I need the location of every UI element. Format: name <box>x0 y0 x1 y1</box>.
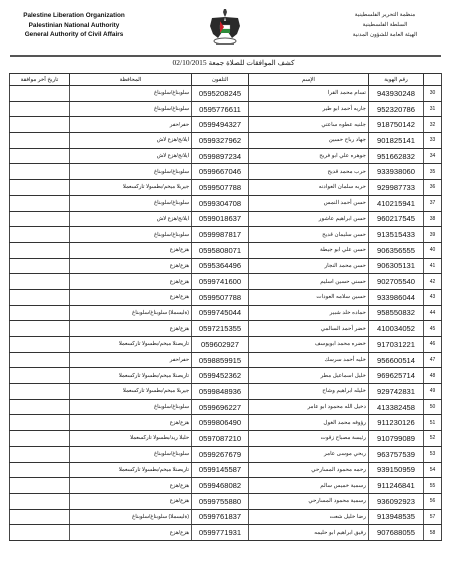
cell-name: رضا خليل شعت <box>249 509 369 525</box>
cell-id-number: 902705540 <box>369 274 424 290</box>
cell-id-number: 933986044 <box>369 289 424 305</box>
cell-id-number: 929987733 <box>369 180 424 196</box>
cell-id-number: 969625714 <box>369 368 424 384</box>
cell-last-approval-date <box>10 258 70 274</box>
cell-phone: 0599507788 <box>192 180 249 196</box>
cell-last-approval-date <box>10 337 70 353</box>
cell-governorate: ايلانج/هزع لاش <box>70 148 192 164</box>
table-row: (ةليسملا) سلوبناغ/سلوبناغ0599761837رضا خ… <box>10 509 442 525</box>
cell-phone: 0599771931 <box>192 525 249 541</box>
table-row: هزع/هزع0597215355خضر أحمد السالمي4100340… <box>10 321 442 337</box>
cell-name: رئيسة مصباح زقوت <box>249 431 369 447</box>
cell-id-number: 960217545 <box>369 211 424 227</box>
cell-last-approval-date <box>10 431 70 447</box>
cell-name: رفيق ابراهيم ابو حليمه <box>249 525 369 541</box>
cell-name: حرب محمد قديح <box>249 164 369 180</box>
cell-last-approval-date <box>10 305 70 321</box>
cell-name: خضره محمد ابويوسف <box>249 337 369 353</box>
cell-name: جاريه أحمد ابو طير <box>249 101 369 117</box>
cell-last-approval-date <box>10 274 70 290</box>
cell-phone: 059602927 <box>192 337 249 353</box>
cell-serial: 49 <box>424 384 442 400</box>
cell-phone: 0595776611 <box>192 101 249 117</box>
cell-last-approval-date <box>10 164 70 180</box>
cell-serial: 57 <box>424 509 442 525</box>
cell-serial: 37 <box>424 195 442 211</box>
cell-last-approval-date <box>10 289 70 305</box>
cell-name: رؤوفه محمد الغول <box>249 415 369 431</box>
table-row: سلوبناغ/سلوبناغ0599987817حسن سليمان قديح… <box>10 227 442 243</box>
header-english: Palestine Liberation Organization Palest… <box>14 11 134 40</box>
table-row: هزع/هزع0599806490رؤوفه محمد الغول9112301… <box>10 415 442 431</box>
cell-phone: 0597215355 <box>192 321 249 337</box>
cell-last-approval-date <box>10 180 70 196</box>
table-row: حفر/حفر0598859915خليه أحمد سرسك956600514… <box>10 352 442 368</box>
cell-id-number: 913515433 <box>369 227 424 243</box>
table-row: سلوبناغ/سلوبناغ0595776611جاريه أحمد ابو … <box>10 101 442 117</box>
cell-phone: 0599897234 <box>192 148 249 164</box>
cell-phone: 0599494327 <box>192 117 249 133</box>
cell-phone: 0595364496 <box>192 258 249 274</box>
table-row: تاريصنلا ميخم/بطسولا تاركسعملا0599145587… <box>10 462 442 478</box>
table-row: سلوبناغ/سلوبناغ0599304708حسن أحمد النمس4… <box>10 195 442 211</box>
cell-name: حسني حسين اسليم <box>249 274 369 290</box>
cell-id-number: 410215941 <box>369 195 424 211</box>
cell-id-number: 958550832 <box>369 305 424 321</box>
cell-governorate: حلبلا ريد/بطسولا تاركسعملا <box>70 431 192 447</box>
cell-phone: 0599468082 <box>192 478 249 494</box>
table-row: هزع/هزع0599507788حسين سلامه العودات93398… <box>10 289 442 305</box>
cell-phone: 0599267679 <box>192 446 249 462</box>
cell-name: جلنيه عطوه ساعتي <box>249 117 369 133</box>
cell-last-approval-date <box>10 117 70 133</box>
table-row: تاريصنلا ميخم/بطسولا تاركسعملا0599452362… <box>10 368 442 384</box>
cell-serial: 50 <box>424 399 442 415</box>
cell-name: تسام محمد القرا <box>249 86 369 102</box>
cell-id-number: 901825141 <box>369 133 424 149</box>
cell-governorate: هزع/هزع <box>70 242 192 258</box>
cell-governorate: سلوبناغ/سلوبناغ <box>70 227 192 243</box>
header-en-line-1: Palestine Liberation Organization <box>14 11 134 21</box>
table-row: هزع/هزع0599468082رسمية خميس سالم91124684… <box>10 478 442 494</box>
page-title: 02/10/2015 كشف الموافقات للصلاة جمعة <box>0 58 463 67</box>
cell-id-number: 917031221 <box>369 337 424 353</box>
cell-last-approval-date <box>10 242 70 258</box>
table-row: هزع/هزع0599771931رفيق ابراهيم ابو حليمه9… <box>10 525 442 541</box>
cell-last-approval-date <box>10 195 70 211</box>
approvals-table: تاريخ آخر موافقة المحافظة التلفون الإسم … <box>9 73 442 541</box>
cell-governorate: تاريصنلا ميخم/بطسولا تاركسعملا <box>70 462 192 478</box>
cell-name: رحمه محمود المسارحي <box>249 462 369 478</box>
cell-name: حسن محمد النجار <box>249 258 369 274</box>
cell-serial: 56 <box>424 493 442 509</box>
cell-phone: 0599806490 <box>192 415 249 431</box>
cell-governorate: جيربلا ميخم/بطسولا تاركسعملا <box>70 384 192 400</box>
table-row: ايلانج/هزع لاش0599897234جوهره علي ابو فر… <box>10 148 442 164</box>
table-row: سلوبناغ/سلوبناغ0595208245تسام محمد القرا… <box>10 86 442 102</box>
cell-last-approval-date <box>10 462 70 478</box>
cell-name: حسن سليمان قديح <box>249 227 369 243</box>
cell-last-approval-date <box>10 211 70 227</box>
cell-governorate: حفر/حفر <box>70 352 192 368</box>
table-row: سلوبناغ/سلوبناغ0599696227دخيل الله محمود… <box>10 399 442 415</box>
cell-serial: 32 <box>424 117 442 133</box>
header-divider <box>10 55 441 57</box>
cell-id-number: 943930248 <box>369 86 424 102</box>
column-header-governorate: المحافظة <box>70 74 192 86</box>
cell-serial: 40 <box>424 242 442 258</box>
table-row: حلبلا ريد/بطسولا تاركسعملا0597087210رئيس… <box>10 431 442 447</box>
cell-id-number: 951662832 <box>369 148 424 164</box>
cell-id-number: 906305131 <box>369 258 424 274</box>
cell-id-number: 410034052 <box>369 321 424 337</box>
cell-phone: 0599507788 <box>192 289 249 305</box>
cell-phone: 0599304708 <box>192 195 249 211</box>
cell-governorate: تاريصنلا ميخم/بطسولا تاركسعملا <box>70 368 192 384</box>
cell-phone: 0599145587 <box>192 462 249 478</box>
header-ar-line-3: الهيئة العامة للشؤون المدنية <box>340 30 430 40</box>
cell-name: خليل اسماعيل مطر <box>249 368 369 384</box>
cell-governorate: سلوبناغ/سلوبناغ <box>70 446 192 462</box>
cell-governorate: هزع/هزع <box>70 289 192 305</box>
cell-governorate: سلوبناغ/سلوبناغ <box>70 399 192 415</box>
cell-serial: 58 <box>424 525 442 541</box>
cell-last-approval-date <box>10 148 70 164</box>
cell-phone: 0598859915 <box>192 352 249 368</box>
cell-phone: 0595808071 <box>192 242 249 258</box>
cell-serial: 43 <box>424 289 442 305</box>
cell-governorate: سلوبناغ/سلوبناغ <box>70 164 192 180</box>
cell-phone: 0595208245 <box>192 86 249 102</box>
cell-last-approval-date <box>10 86 70 102</box>
cell-name: جوهره علي ابو فريح <box>249 148 369 164</box>
cell-id-number: 963757539 <box>369 446 424 462</box>
cell-phone: 0597087210 <box>192 431 249 447</box>
cell-id-number: 911230126 <box>369 415 424 431</box>
cell-serial: 38 <box>424 211 442 227</box>
cell-governorate: هزع/هزع <box>70 478 192 494</box>
cell-serial: 47 <box>424 352 442 368</box>
table-row: هزع/هزع0599741600حسني حسين اسليم90270554… <box>10 274 442 290</box>
cell-serial: 30 <box>424 86 442 102</box>
cell-phone: 0599755880 <box>192 493 249 509</box>
cell-serial: 44 <box>424 305 442 321</box>
cell-last-approval-date <box>10 227 70 243</box>
cell-serial: 34 <box>424 148 442 164</box>
cell-last-approval-date <box>10 415 70 431</box>
table-row: جيربلا ميخم/بطسولا تاركسعملا0599507788حر… <box>10 180 442 196</box>
cell-governorate: هزع/هزع <box>70 321 192 337</box>
table-row: هزع/هزع0595364496حسن محمد النجار90630513… <box>10 258 442 274</box>
cell-id-number: 952320786 <box>369 101 424 117</box>
column-header-last-approval-date: تاريخ آخر موافقة <box>10 74 70 86</box>
cell-name: خضر أحمد السالمي <box>249 321 369 337</box>
cell-serial: 31 <box>424 101 442 117</box>
cell-serial: 48 <box>424 368 442 384</box>
cell-phone: 0599696227 <box>192 399 249 415</box>
cell-serial: 53 <box>424 446 442 462</box>
table-row: ايلانج/هزع لاش0599018637حسن ابراهيم عاشو… <box>10 211 442 227</box>
cell-governorate: هزع/هزع <box>70 525 192 541</box>
cell-governorate: حفر/حفر <box>70 117 192 133</box>
cell-phone: 0599745044 <box>192 305 249 321</box>
cell-name: حماده خلد شبير <box>249 305 369 321</box>
cell-governorate: (ةليسملا) سلوبناغ/سلوبناغ <box>70 509 192 525</box>
table-row: سلوبناغ/سلوبناغ0599667046حرب محمد قديح93… <box>10 164 442 180</box>
cell-phone: 0599848936 <box>192 384 249 400</box>
cell-name: خليله ابراهيم وشاح <box>249 384 369 400</box>
cell-governorate: سلوبناغ/سلوبناغ <box>70 101 192 117</box>
cell-governorate: هزع/هزع <box>70 493 192 509</box>
cell-last-approval-date <box>10 384 70 400</box>
title-text: كشف الموافقات للصلاة جمعة <box>209 60 295 67</box>
cell-last-approval-date <box>10 368 70 384</box>
header-en-line-3: General Authority of Civil Affairs <box>14 30 134 40</box>
cell-name: حسن أحمد النمس <box>249 195 369 211</box>
cell-serial: 35 <box>424 164 442 180</box>
cell-serial: 54 <box>424 462 442 478</box>
cell-name: رسمية خميس سالم <box>249 478 369 494</box>
table-row: سلوبناغ/سلوبناغ0599267679ربحي موسى عامر9… <box>10 446 442 462</box>
cell-name: جهاد رباح حسين <box>249 133 369 149</box>
cell-serial: 36 <box>424 180 442 196</box>
cell-last-approval-date <box>10 399 70 415</box>
cell-id-number: 413382458 <box>369 399 424 415</box>
cell-serial: 46 <box>424 337 442 353</box>
cell-name: رسمية محمود المسارحي <box>249 493 369 509</box>
cell-serial: 42 <box>424 274 442 290</box>
cell-serial: 39 <box>424 227 442 243</box>
cell-id-number: 933938060 <box>369 164 424 180</box>
cell-id-number: 913948535 <box>369 509 424 525</box>
cell-governorate: ايلانج/هزع لاش <box>70 211 192 227</box>
column-header-serial <box>424 74 442 86</box>
cell-name: خليه أحمد سرسك <box>249 352 369 368</box>
cell-last-approval-date <box>10 101 70 117</box>
cell-governorate: هزع/هزع <box>70 274 192 290</box>
cell-serial: 41 <box>424 258 442 274</box>
cell-governorate: هزع/هزع <box>70 258 192 274</box>
cell-governorate: سلوبناغ/سلوبناغ <box>70 86 192 102</box>
header-ar-line-1: منظمة التحرير الفلسطينية <box>340 10 430 20</box>
cell-governorate: تاريصنلا ميخم/بطسولا تاركسعملا <box>70 337 192 353</box>
table-header-row: تاريخ آخر موافقة المحافظة التلفون الإسم … <box>10 74 442 86</box>
cell-name: ربحي موسى عامر <box>249 446 369 462</box>
cell-phone: 0599741600 <box>192 274 249 290</box>
cell-serial: 52 <box>424 431 442 447</box>
palestinian-emblem-icon <box>209 8 241 48</box>
cell-phone: 0599667046 <box>192 164 249 180</box>
table-row: هزع/هزع0599755880رسمية محمود المسارحي936… <box>10 493 442 509</box>
cell-name: حسين سلامه العودات <box>249 289 369 305</box>
cell-id-number: 956600514 <box>369 352 424 368</box>
table-row: تاريصنلا ميخم/بطسولا تاركسعملا059602927خ… <box>10 337 442 353</box>
cell-serial: 45 <box>424 321 442 337</box>
cell-serial: 55 <box>424 478 442 494</box>
cell-last-approval-date <box>10 446 70 462</box>
cell-id-number: 918750142 <box>369 117 424 133</box>
cell-phone: 0599327962 <box>192 133 249 149</box>
header-ar-line-2: السلطة الفلسطينية <box>340 20 430 30</box>
cell-last-approval-date <box>10 525 70 541</box>
table-row: (ةليسملا) سلوبناغ/سلوبناغ0599745044حماده… <box>10 305 442 321</box>
cell-id-number: 939150959 <box>369 462 424 478</box>
cell-name: حسن علي ابو جيطة <box>249 242 369 258</box>
table-body: سلوبناغ/سلوبناغ0595208245تسام محمد القرا… <box>10 86 442 541</box>
cell-id-number: 911246841 <box>369 478 424 494</box>
title-date: 02/10/2015 <box>173 58 207 67</box>
column-header-name: الإسم <box>249 74 369 86</box>
cell-governorate: هزع/هزع <box>70 415 192 431</box>
cell-governorate: سلوبناغ/سلوبناغ <box>70 195 192 211</box>
header-arabic: منظمة التحرير الفلسطينية السلطة الفلسطين… <box>340 10 430 40</box>
cell-last-approval-date <box>10 493 70 509</box>
cell-last-approval-date <box>10 133 70 149</box>
cell-id-number: 929742831 <box>369 384 424 400</box>
cell-id-number: 910799089 <box>369 431 424 447</box>
cell-governorate: ايلانج/هزع لاش <box>70 133 192 149</box>
cell-name: دخيل الله محمود ابو عامر <box>249 399 369 415</box>
cell-serial: 33 <box>424 133 442 149</box>
column-header-id-number: رقم الهوية <box>369 74 424 86</box>
cell-id-number: 906356555 <box>369 242 424 258</box>
cell-last-approval-date <box>10 509 70 525</box>
cell-name: حربه سلمان العوادنه <box>249 180 369 196</box>
cell-last-approval-date <box>10 321 70 337</box>
cell-name: حسن ابراهيم عاشور <box>249 211 369 227</box>
table-row: هزع/هزع0595808071حسن علي ابو جيطة9063565… <box>10 242 442 258</box>
column-header-phone: التلفون <box>192 74 249 86</box>
cell-last-approval-date <box>10 352 70 368</box>
cell-id-number: 907688055 <box>369 525 424 541</box>
table-row: حفر/حفر0599494327جلنيه عطوه ساعتي9187501… <box>10 117 442 133</box>
cell-phone: 0599987817 <box>192 227 249 243</box>
cell-phone: 0599761837 <box>192 509 249 525</box>
cell-phone: 0599452362 <box>192 368 249 384</box>
cell-governorate: جيربلا ميخم/بطسولا تاركسعملا <box>70 180 192 196</box>
table-row: جيربلا ميخم/بطسولا تاركسعملا0599848936خل… <box>10 384 442 400</box>
cell-last-approval-date <box>10 478 70 494</box>
cell-governorate: (ةليسملا) سلوبناغ/سلوبناغ <box>70 305 192 321</box>
header-en-line-2: Palestinian National Authority <box>14 21 134 31</box>
cell-id-number: 936092923 <box>369 493 424 509</box>
cell-serial: 51 <box>424 415 442 431</box>
table-row: ايلانج/هزع لاش0599327962جهاد رباح حسين90… <box>10 133 442 149</box>
cell-phone: 0599018637 <box>192 211 249 227</box>
